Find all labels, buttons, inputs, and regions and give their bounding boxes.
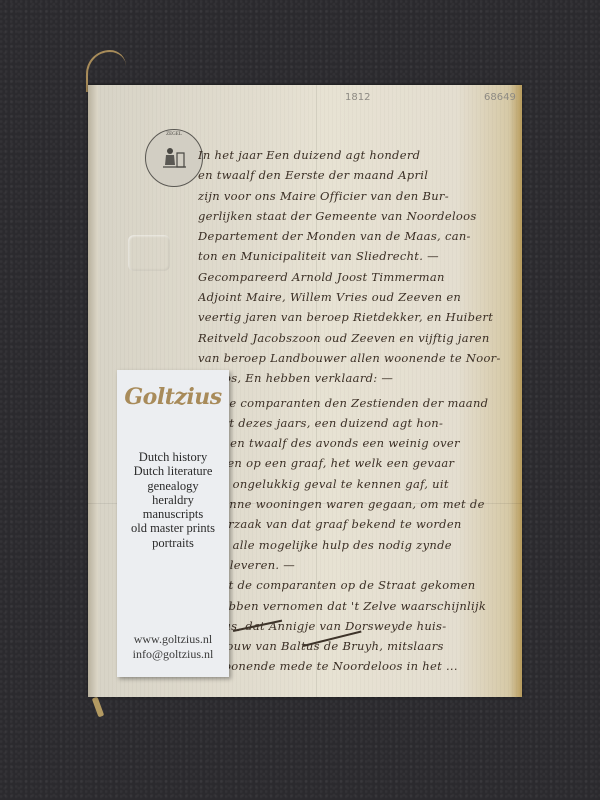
manuscript-line: en twaalf den Eerste der maand April xyxy=(198,165,513,185)
specialty-item: Dutch history xyxy=(117,450,229,464)
manuscript-line: ... te leveren. — xyxy=(198,555,513,575)
manuscript-line: zijn voor ons Maire Officier van den Bur… xyxy=(198,186,513,206)
pencil-inventory-number: 68649 xyxy=(484,92,516,103)
binding-string-bottom xyxy=(92,697,104,718)
manuscript-line: In het jaar Een duizend agt honderd xyxy=(198,145,513,165)
dealer-card: Goltzius Dutch history Dutch literature … xyxy=(117,370,229,677)
manuscript-line: Adjoint Maire, Willem Vries oud Zeeven e… xyxy=(198,287,513,307)
manuscript-line: gerlijken staat der Gemeente van Noordel… xyxy=(198,206,513,226)
manuscript-line: maart dezes jaars, een duizend agt hon- xyxy=(198,413,513,433)
contact-info: www.goltzius.nl info@goltzius.nl xyxy=(117,632,229,662)
manuscript-line: veertig jaren van beroep Rietdekker, en … xyxy=(198,307,513,327)
specialty-item: Dutch literature xyxy=(117,464,229,478)
tax-stamp: ZEGEL xyxy=(145,129,203,187)
manuscript-line: ... oorzaak van dat graaf bekend te word… xyxy=(198,514,513,534)
manuscript-line: deloos, En hebben verklaard: — xyxy=(198,368,513,388)
seated-figure-seal-icon xyxy=(159,143,189,173)
manuscript-line: Reitveld Jacobszoon oud Zeeven en vijfti… xyxy=(198,328,513,348)
manuscript-line: ... dat de comparanten op de Straat geko… xyxy=(198,575,513,595)
specialty-item: old master prints xyxy=(117,521,229,535)
manuscript-line: dat de comparanten den Zestienden der ma… xyxy=(198,393,513,413)
website-text: www.goltzius.nl xyxy=(117,632,229,647)
paper-left-edge xyxy=(88,85,98,697)
manuscript-line: ... vrouw van Baltus de Bruyh, mitslaars xyxy=(198,636,513,656)
manuscript-line: ... en ongelukkig geval te kennen gaf, u… xyxy=(198,474,513,494)
stamp-label: ZEGEL xyxy=(146,132,202,137)
email-text: info@goltzius.nl xyxy=(117,647,229,662)
manuscript-line: ... woonende mede te Noordeloos in het .… xyxy=(198,656,513,676)
specialties-list: Dutch history Dutch literature genealogy… xyxy=(117,450,229,550)
manuscript-line: ... uren op een graaf, het welk een geva… xyxy=(198,453,513,473)
manuscript-line: derd en twaalf des avonds een weinig ove… xyxy=(198,433,513,453)
specialty-item: genealogy xyxy=(117,479,229,493)
embossed-seal xyxy=(128,235,170,271)
pencil-year-note: 1812 xyxy=(345,92,370,103)
manuscript-line: van beroep Landbouwer allen woonende te … xyxy=(198,348,513,368)
specialty-item: manuscripts xyxy=(117,507,229,521)
manuscript-line: Departement der Monden van de Maas, can- xyxy=(198,226,513,246)
manuscript-line: ... hebben vernomen dat 't Zelve waarsch… xyxy=(198,596,513,616)
manuscript-line: Gecompareerd Arnold Joost Timmerman xyxy=(198,267,513,287)
manuscript-line: ... hunne wooningen waren gegaan, om met… xyxy=(198,494,513,514)
brand-logo: Goltzius xyxy=(117,384,229,410)
specialty-item: portraits xyxy=(117,536,229,550)
manuscript-line: ton en Municipaliteit van Sliedrecht. — xyxy=(198,246,513,266)
manuscript-line: ... en alle mogelijke hulp des nodig zyn… xyxy=(198,535,513,555)
specialty-item: heraldry xyxy=(117,493,229,507)
manuscript-text: In het jaar Een duizend agt honderd en t… xyxy=(198,145,513,677)
